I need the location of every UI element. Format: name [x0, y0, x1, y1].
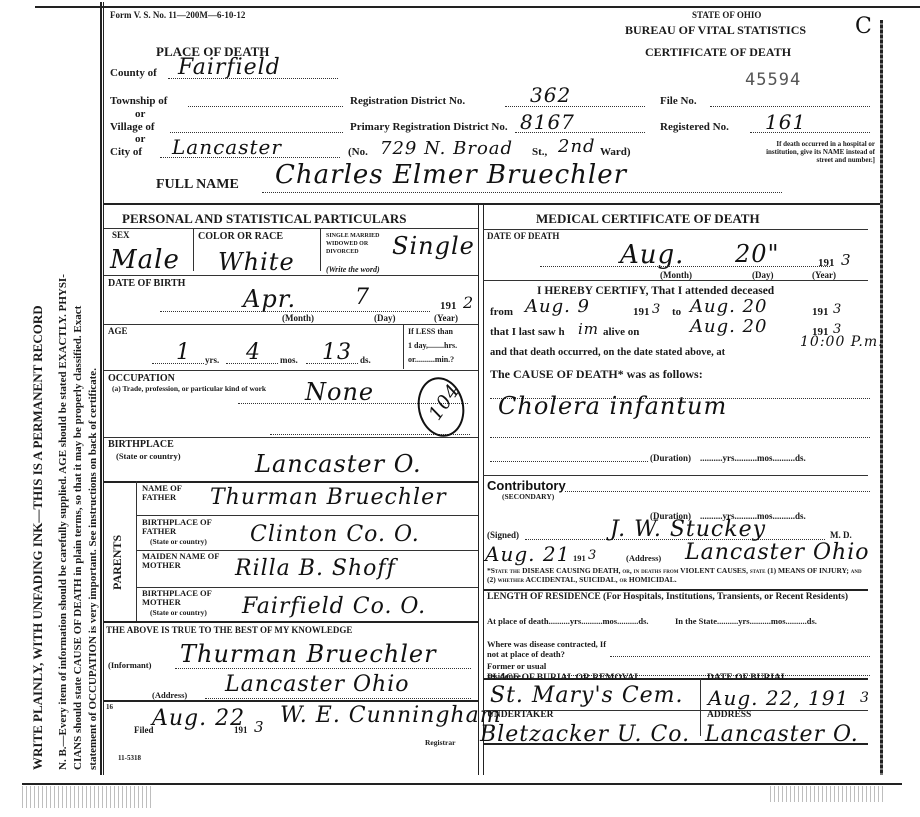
- birthplace-value: Lancaster O.: [255, 450, 422, 478]
- age-label: AGE: [108, 326, 128, 336]
- village-label: Village of: [110, 121, 155, 133]
- registrar-label: Registrar: [425, 738, 455, 747]
- full-name-line: [262, 192, 782, 193]
- registered-no-label: Registered No.: [660, 121, 729, 133]
- rule: [483, 229, 868, 230]
- state-or-country: (State or country): [150, 537, 207, 546]
- birthplace-label: BIRTHPLACE: [108, 439, 174, 450]
- mos-caption: mos.: [280, 355, 298, 365]
- cause-label: The CAUSE OF DEATH* was as follows:: [490, 367, 703, 382]
- rule: [104, 370, 478, 371]
- attended-from: Aug. 9: [525, 296, 590, 317]
- medical-heading: MEDICAL CERTIFICATE OF DEATH: [536, 211, 760, 227]
- day-caption: (Day): [752, 270, 774, 280]
- year-prefix: 191: [633, 306, 650, 318]
- ward-label: Ward): [600, 146, 631, 158]
- year-prefix: 191: [812, 306, 829, 318]
- rule: [320, 228, 321, 271]
- rule: [483, 743, 868, 745]
- marital-label: SINGLE MARRIED WIDOWED OR DIVORCED: [326, 232, 390, 256]
- contributory-line: [565, 491, 870, 492]
- residence-in-state: In the State..........yrs..........mos..…: [675, 616, 870, 626]
- rule: [104, 275, 478, 276]
- corner-mark: C: [855, 14, 873, 39]
- dob-day: 7: [355, 285, 370, 310]
- occupation-value: None: [305, 378, 374, 406]
- permanent-record-notice: WRITE PLAINLY, WITH UNFADING INK—THIS IS…: [30, 305, 46, 770]
- day-caption: (Day): [374, 313, 396, 323]
- registrar-signature: W. E. Cunningham: [280, 703, 502, 728]
- dod-year: 3: [841, 251, 852, 269]
- parents-label: PARENTS: [110, 535, 125, 590]
- city-label: City of: [110, 146, 142, 158]
- marital-note: (Write the word): [326, 265, 380, 274]
- filed-year: 3: [254, 718, 265, 736]
- disease-contracted-label: Where was disease contracted, If not at …: [487, 639, 617, 659]
- less-than-hrs: 1 day,........hrs.: [408, 341, 457, 350]
- county-label: County of: [110, 67, 157, 79]
- age-ds: 13: [322, 340, 352, 365]
- year-digit: 3: [652, 302, 661, 317]
- informant-address-label: (Address): [152, 690, 187, 700]
- stamp-number: 45594: [745, 70, 801, 90]
- residence-heading: LENGTH OF RESIDENCE (For Hospitals, Inst…: [487, 592, 871, 603]
- primary-district-label: Primary Registration District No.: [350, 121, 508, 133]
- village-line: [170, 132, 343, 133]
- less-than-min: or..........min.?: [408, 355, 454, 364]
- dob-month: Apr.: [243, 285, 296, 313]
- instructions-line-3: statement of OCCUPATION is very importan…: [87, 368, 99, 770]
- yrs-caption: yrs.: [205, 355, 219, 365]
- residence-at-place: At place of death..........yrs..........…: [487, 616, 652, 626]
- month-caption: (Month): [660, 270, 692, 280]
- secondary-label: (SECONDARY): [502, 492, 554, 501]
- alive-on-date: Aug. 20: [690, 316, 767, 337]
- informant-label: (Informant): [108, 660, 151, 670]
- burial-date-year: 3: [860, 690, 870, 706]
- column-divider: [478, 203, 479, 775]
- dod-month: Aug.: [620, 240, 684, 270]
- rule: [483, 280, 868, 281]
- rule: [104, 228, 478, 229]
- contracted-line: [610, 656, 870, 657]
- reg-district-value: 362: [530, 83, 571, 107]
- year-prefix: 191: [573, 553, 586, 563]
- md-label: M. D.: [830, 530, 852, 540]
- burial-place-label: PLACE OF BURIAL OR REMOVAL: [487, 673, 641, 683]
- occupation-label: OCCUPATION: [108, 373, 175, 384]
- scan-noise: [770, 786, 885, 802]
- father-birthplace-value: Clinton Co. O.: [250, 522, 420, 547]
- sex-value: Male: [110, 245, 180, 275]
- contributory-label: Contributory: [487, 478, 566, 493]
- ds-caption: ds.: [360, 355, 371, 365]
- filed-date: Aug. 22: [152, 706, 245, 731]
- cause-footnote: *State the DISEASE CAUSING DEATH, or, in…: [487, 566, 871, 584]
- left-border: [100, 2, 102, 775]
- year-digit: 3: [588, 548, 597, 563]
- burial-date-value: Aug. 22, 191: [708, 686, 849, 710]
- father-name-value: Thurman Bruechler: [210, 485, 447, 510]
- dod-line: [540, 266, 830, 267]
- physician-signature: J. W. Stuckey: [610, 517, 766, 542]
- race-label: COLOR OR RACE: [198, 231, 283, 242]
- father-birthplace-label: BIRTHPLACE OF FATHER: [142, 518, 232, 536]
- duration-units: ..........yrs..........mos..........ds.: [700, 453, 806, 463]
- bureau-label: BUREAU OF VITAL STATISTICS: [625, 23, 806, 38]
- rule: [136, 515, 478, 516]
- personal-heading: PERSONAL AND STATISTICAL PARTICULARS: [122, 211, 407, 227]
- left-border-inner: [103, 2, 104, 775]
- birthplace-sub: (State or country): [116, 451, 181, 461]
- file-no-label: File No.: [660, 95, 697, 107]
- age-yrs: 1: [176, 340, 191, 365]
- instructions-line-1: N. B.—Every item of information should b…: [57, 274, 69, 770]
- informant-heading: THE ABOVE IS TRUE TO THE BEST OF MY KNOW…: [106, 625, 352, 635]
- top-border: [35, 6, 920, 8]
- rule: [104, 324, 478, 325]
- father-name-label: NAME OF FATHER: [142, 484, 212, 502]
- city-value: Lancaster: [172, 135, 282, 159]
- informant-value: Thurman Bruechler: [180, 640, 437, 668]
- primary-district-value: 8167: [520, 110, 575, 134]
- ward-value: 2nd: [558, 136, 596, 157]
- cause-line: [490, 437, 870, 438]
- hospital-note: If death occurred in a hospital or insti…: [765, 140, 875, 164]
- year-caption: (Year): [812, 270, 836, 280]
- township-line: [188, 106, 343, 107]
- dod-year-prefix: 191: [818, 257, 835, 269]
- age-mos: 4: [246, 340, 261, 365]
- rule: [483, 589, 868, 591]
- less-than-label: If LESS than: [408, 327, 453, 336]
- informant-address-value: Lancaster Ohio: [225, 672, 409, 697]
- rule: [483, 475, 868, 476]
- month-caption: (Month): [282, 313, 314, 323]
- undertaker-label: UNDERTAKER: [487, 710, 554, 720]
- cause-line: [490, 461, 648, 462]
- from-label: from: [490, 306, 513, 318]
- rule: [700, 678, 701, 736]
- street-no-label: (No.: [348, 146, 368, 158]
- section-divider: [104, 203, 880, 205]
- township-label: Township of: [110, 95, 167, 107]
- filed-year-prefix: 191: [234, 725, 248, 735]
- registered-no-value: 161: [765, 110, 806, 134]
- physician-address-label: (Address): [626, 553, 661, 563]
- full-name-value: Charles Elmer Bruechler: [275, 160, 627, 190]
- rule: [104, 621, 478, 623]
- signed-date: Aug. 21: [485, 542, 570, 566]
- scan-noise: [22, 786, 152, 808]
- dob-year-prefix: 191: [440, 300, 457, 312]
- mother-birthplace-label: BIRTHPLACE OF MOTHER: [142, 589, 232, 607]
- state-label: STATE OF OHIO: [692, 10, 761, 20]
- item-number: 16: [106, 703, 113, 711]
- year-digit: 3: [833, 302, 842, 317]
- year-caption: (Year): [434, 313, 458, 323]
- mother-name-label: MAIDEN NAME OF MOTHER: [142, 552, 232, 570]
- rule: [403, 324, 404, 369]
- informant-line: [175, 668, 471, 669]
- attended-to: Aug. 20: [690, 296, 767, 317]
- race-value: White: [218, 248, 295, 276]
- time-of-death: 10:00 P.m.: [800, 334, 884, 350]
- reg-district-line: [505, 106, 645, 107]
- cause-value: Cholera infantum: [498, 392, 727, 420]
- state-or-country: (State or country): [150, 608, 207, 617]
- instructions-line-2: CIANS should state CAUSE OF DEATH in pla…: [72, 306, 84, 770]
- or-label: or: [135, 133, 145, 145]
- duration-label: (Duration): [650, 453, 691, 463]
- mother-name-value: Rilla B. Shoff: [235, 556, 396, 581]
- undertaker-address-label: ADDRESS: [707, 710, 751, 720]
- physician-address: Lancaster Ohio: [685, 540, 869, 565]
- file-no-line: [710, 106, 870, 107]
- alive-on-label: alive on: [603, 326, 639, 338]
- reg-district-label: Registration District No.: [350, 95, 465, 107]
- certificate-title: CERTIFICATE OF DEATH: [645, 45, 791, 60]
- street-value: 729 N. Broad: [380, 138, 513, 159]
- informant-address-line: [205, 698, 471, 699]
- to-label: to: [672, 306, 681, 318]
- filed-label: Filed: [134, 725, 154, 735]
- rule: [136, 481, 137, 621]
- rule: [104, 437, 478, 438]
- last-saw-label: that I last saw h: [490, 326, 565, 338]
- occupation-a-label: (a) Trade, profession, or particular kin…: [112, 384, 282, 393]
- bottom-code: 11-5318: [118, 754, 141, 762]
- sex-label: SEX: [112, 231, 130, 239]
- burial-place-value: St. Mary's Cem.: [490, 683, 684, 708]
- date-of-death-label: DATE OF DEATH: [487, 231, 559, 241]
- death-occurred-label: and that death occurred, on the date sta…: [490, 347, 725, 358]
- column-divider: [483, 203, 484, 775]
- bottom-border: [22, 783, 902, 785]
- full-name-label: FULL NAME: [156, 177, 239, 193]
- rule: [193, 228, 194, 271]
- form-id: Form V. S. No. 11—200M—6-10-12: [110, 10, 245, 20]
- dob-year: 2: [463, 293, 474, 312]
- dob-label: DATE OF BIRTH: [108, 278, 185, 289]
- or-label: or: [135, 108, 145, 120]
- dod-day: 20": [735, 240, 780, 268]
- county-value: Fairfield: [178, 55, 281, 80]
- burial-date-label: DATE OF BURIAL: [707, 673, 787, 683]
- mother-birthplace-value: Fairfield Co. O.: [242, 594, 426, 619]
- signed-label: (Signed): [487, 530, 519, 540]
- marital-value: Single: [392, 232, 475, 260]
- last-saw-pronoun: im: [578, 320, 599, 338]
- right-border: [880, 20, 883, 775]
- rule: [104, 700, 478, 702]
- street-label: St.,: [532, 146, 547, 158]
